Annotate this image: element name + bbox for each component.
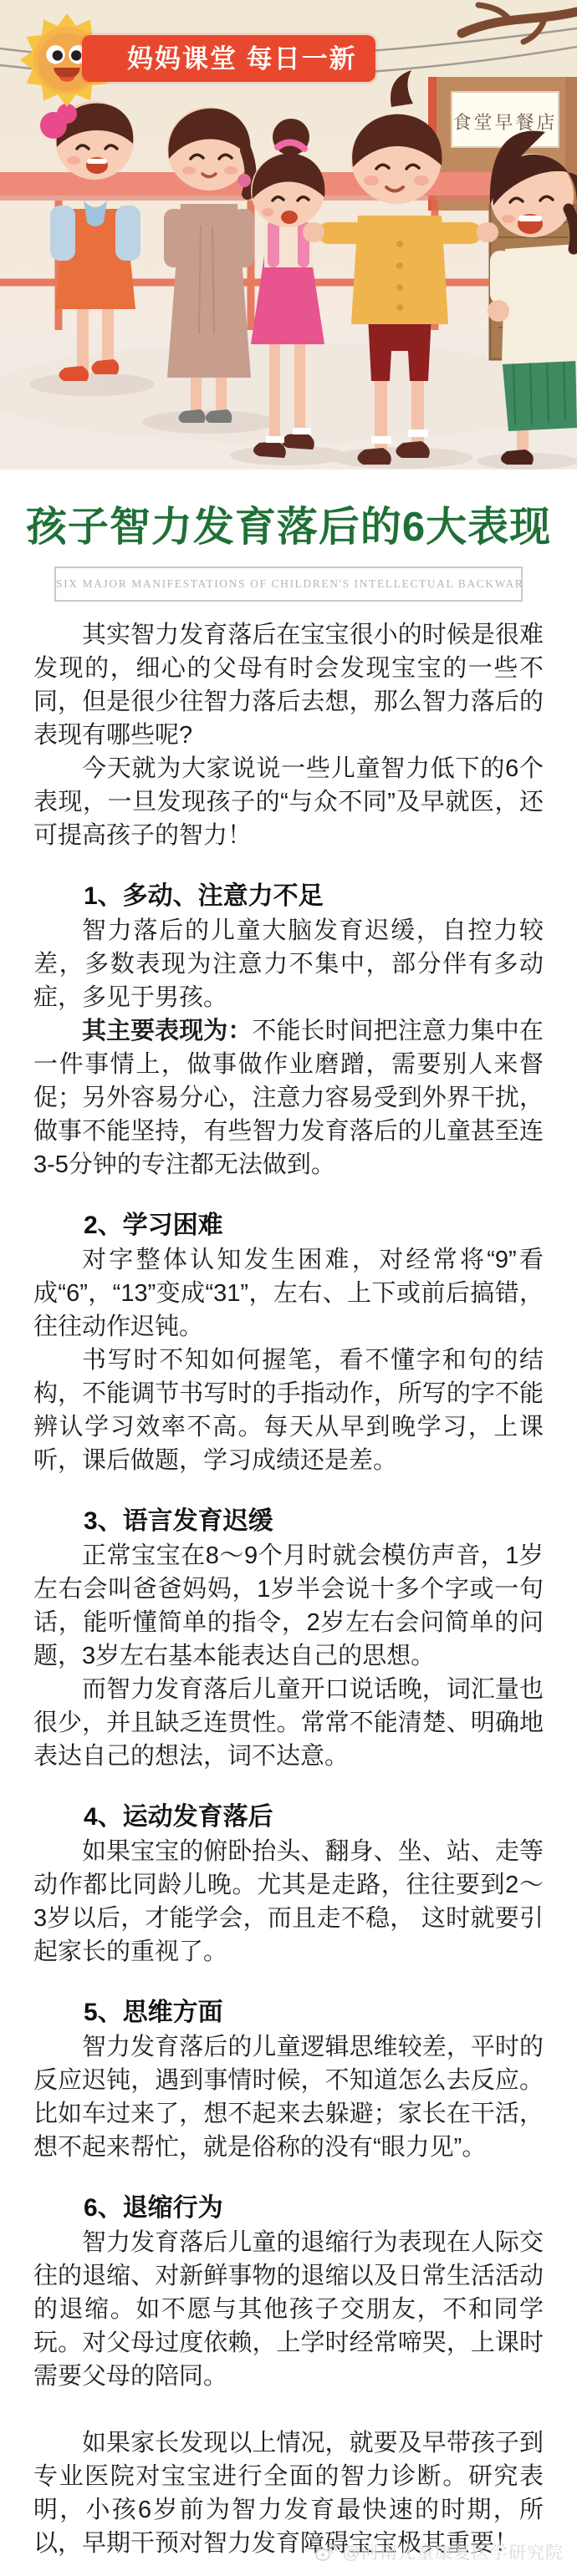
section-heading: 4、运动发育落后 xyxy=(33,1800,544,1835)
article-page: 食堂早餐店 xyxy=(0,0,577,2576)
watermark: @河南儿童康复医学研究院 xyxy=(314,2539,564,2564)
english-subtitle-banner: SIX MAJOR MANIFESTATIONS OF CHILDREN'S I… xyxy=(54,567,523,602)
section-heading: 2、学习困难 xyxy=(33,1208,544,1243)
section-paragraph: 智力落后的儿童大脑发育迟缓，自控力较差，多数表现为注意力不集中，部分伴有多动症，… xyxy=(33,914,544,1014)
page-title: 孩子智力发育落后的6大表现 xyxy=(20,495,557,553)
intro-paragraph: 今天就为大家说说一些儿童智力低下的6个表现，一旦发现孩子的“与众不同”及早就医，… xyxy=(33,752,544,852)
section-paragraph: 其主要表现为：不能长时间把注意力集中在一件事情上，做事做作业磨蹭，需要别人来督促… xyxy=(33,1014,544,1181)
paragraph-lead: 其主要表现为： xyxy=(82,1018,252,1044)
hero-illustration: 食堂早餐店 xyxy=(0,0,577,470)
header-badge: 妈妈课堂 每日一新 xyxy=(82,35,375,82)
article-body: 其实智力发育落后在宝宝很小的时候是很难发现的，细心的父母有时会发现宝宝的一些不同… xyxy=(0,602,577,2560)
watermark-text: @河南儿童康复医学研究院 xyxy=(343,2539,564,2564)
section-heading: 5、思维方面 xyxy=(33,1995,544,2030)
section-paragraph: 书写时不知如何握笔，看不懂字和句的结构，不能调节书写时的手指动作，所写的字不能辨… xyxy=(33,1344,544,1477)
section-heading: 1、多动、注意力不足 xyxy=(33,879,544,914)
section-paragraph: 智力发育落后儿童的退缩行为表现在人际交往的退缩、对新鲜事物的退缩以及日常生活活动… xyxy=(33,2226,544,2393)
section-paragraph: 正常宝宝在8～9个月时就会模仿声音，1岁左右会叫爸爸妈妈，1岁半会说十多个字或一… xyxy=(33,1539,544,1673)
header-badge-label: 妈妈课堂 每日一新 xyxy=(127,44,357,74)
weibo-icon xyxy=(314,2542,338,2562)
section-heading: 3、语言发育迟缓 xyxy=(33,1504,544,1539)
cafeteria-sign-text: 食堂早餐店 xyxy=(452,112,557,133)
section-paragraph: 而智力发育落后儿童开口说话晚，词汇量也很少，并且缺乏连贯性。常常不能清楚、明确地… xyxy=(33,1673,544,1773)
section-paragraph: 如果宝宝的俯卧抬头、翻身、坐、站、走等动作都比同龄儿晚。尤其是走路，往往要到2～… xyxy=(33,1835,544,1969)
section-paragraph: 对字整体认知发生困难，对经常将“9”看成“6”，“13”变成“31”，左右、上下… xyxy=(33,1243,544,1344)
section-paragraph: 智力发育落后的儿童逻辑思维较差，平时的反应迟钝，遇到事情时候，不知道怎么去反应。… xyxy=(33,2030,544,2164)
article-sections: 1、多动、注意力不足智力落后的儿童大脑发育迟缓，自控力较差，多数表现为注意力不集… xyxy=(33,879,544,2393)
section-heading: 6、退缩行为 xyxy=(33,2191,544,2226)
intro-paragraph: 其实智力发育落后在宝宝很小的时候是很难发现的，细心的父母有时会发现宝宝的一些不同… xyxy=(33,618,544,752)
child-figure-2 xyxy=(164,107,254,423)
